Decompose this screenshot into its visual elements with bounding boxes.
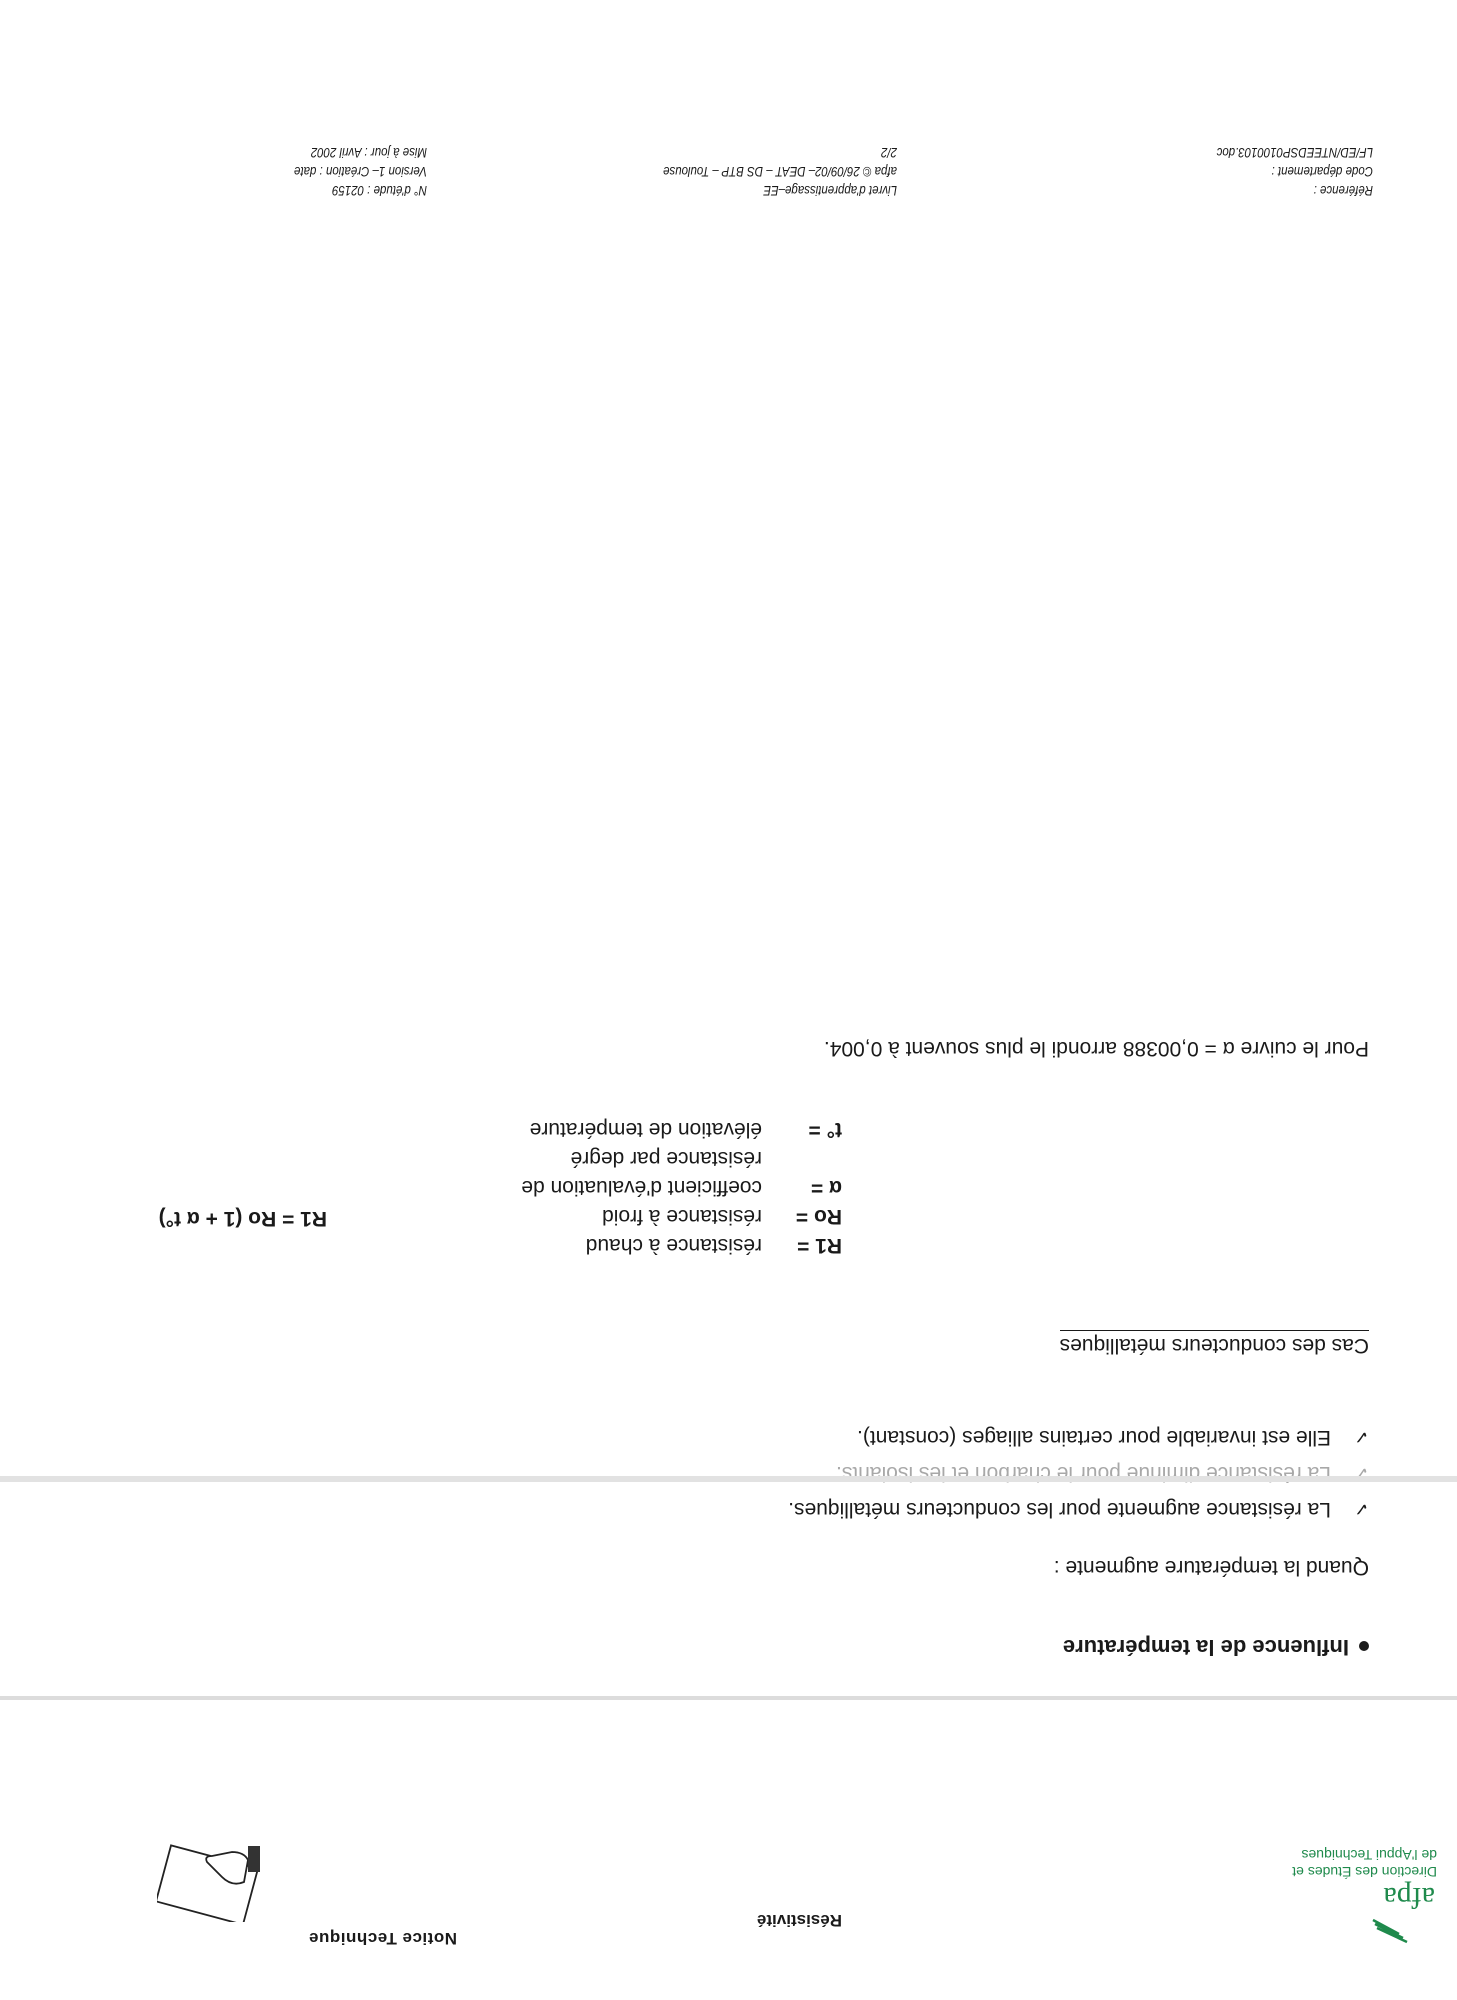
bullet-icon <box>1359 1641 1369 1651</box>
afpa-logo-icon: afpa <box>1347 1880 1437 1950</box>
footer-study: N° d'étude : 02159 Version 1– Création :… <box>294 143 427 200</box>
org-name-line-1: Direction des Études et <box>1177 1863 1437 1880</box>
definitions-list: R1 =résistance à chaud Ro =résistance à … <box>442 1115 842 1260</box>
svg-text:afpa: afpa <box>1383 1881 1435 1914</box>
checklist-item: ✓La résistance augmente pour les conduct… <box>788 1486 1369 1522</box>
checkmark-icon: ✓ <box>1331 1460 1369 1486</box>
definition-row: Ro =résistance à froid <box>442 1202 842 1231</box>
checkmark-icon: ✓ <box>1331 1424 1369 1450</box>
checklist: ✓La résistance augmente pour les conduct… <box>788 1414 1369 1522</box>
page-number: 2/2 <box>663 143 897 162</box>
definition-row: R1 =résistance à chaud <box>442 1231 842 1260</box>
intro-text: Quand la température augmente : <box>1054 1554 1369 1580</box>
org-header: afpa Direction des Études et de l'Appui … <box>1177 1846 1437 1950</box>
footer-reference: Référence : Code département : LF/ED/NTE… <box>1217 143 1373 200</box>
definition-row: α =coefficient d'évaluation de résistanc… <box>442 1144 842 1202</box>
scan-line <box>0 1476 1457 1482</box>
copper-note: Pour le cuivre α = 0,00388 arrondi le pl… <box>824 1036 1369 1060</box>
footer-booklet: Livret d'apprentissage–EE afpa © 26/09/0… <box>663 143 897 200</box>
checkmark-icon: ✓ <box>1331 1496 1369 1522</box>
document-page: afpa Direction des Études et de l'Appui … <box>0 0 1457 2000</box>
definition-row: t° =élévation de température <box>442 1115 842 1144</box>
formula: R1 = Ro (1 + α t°) <box>159 1206 327 1230</box>
section-title: Influence de la température <box>1063 1634 1369 1660</box>
subheading: Cas des conducteurs métalliques <box>1060 1330 1369 1357</box>
scan-line <box>0 1696 1457 1700</box>
hand-holding-card-icon <box>157 1842 262 1922</box>
org-name-line-2: de l'Appui Techniques <box>1177 1846 1437 1863</box>
document-type: Notice Technique <box>309 1928 457 1948</box>
document-title: Résistivité <box>757 1910 842 1930</box>
checklist-item: ✓Elle est invariable pour certains allia… <box>788 1414 1369 1450</box>
